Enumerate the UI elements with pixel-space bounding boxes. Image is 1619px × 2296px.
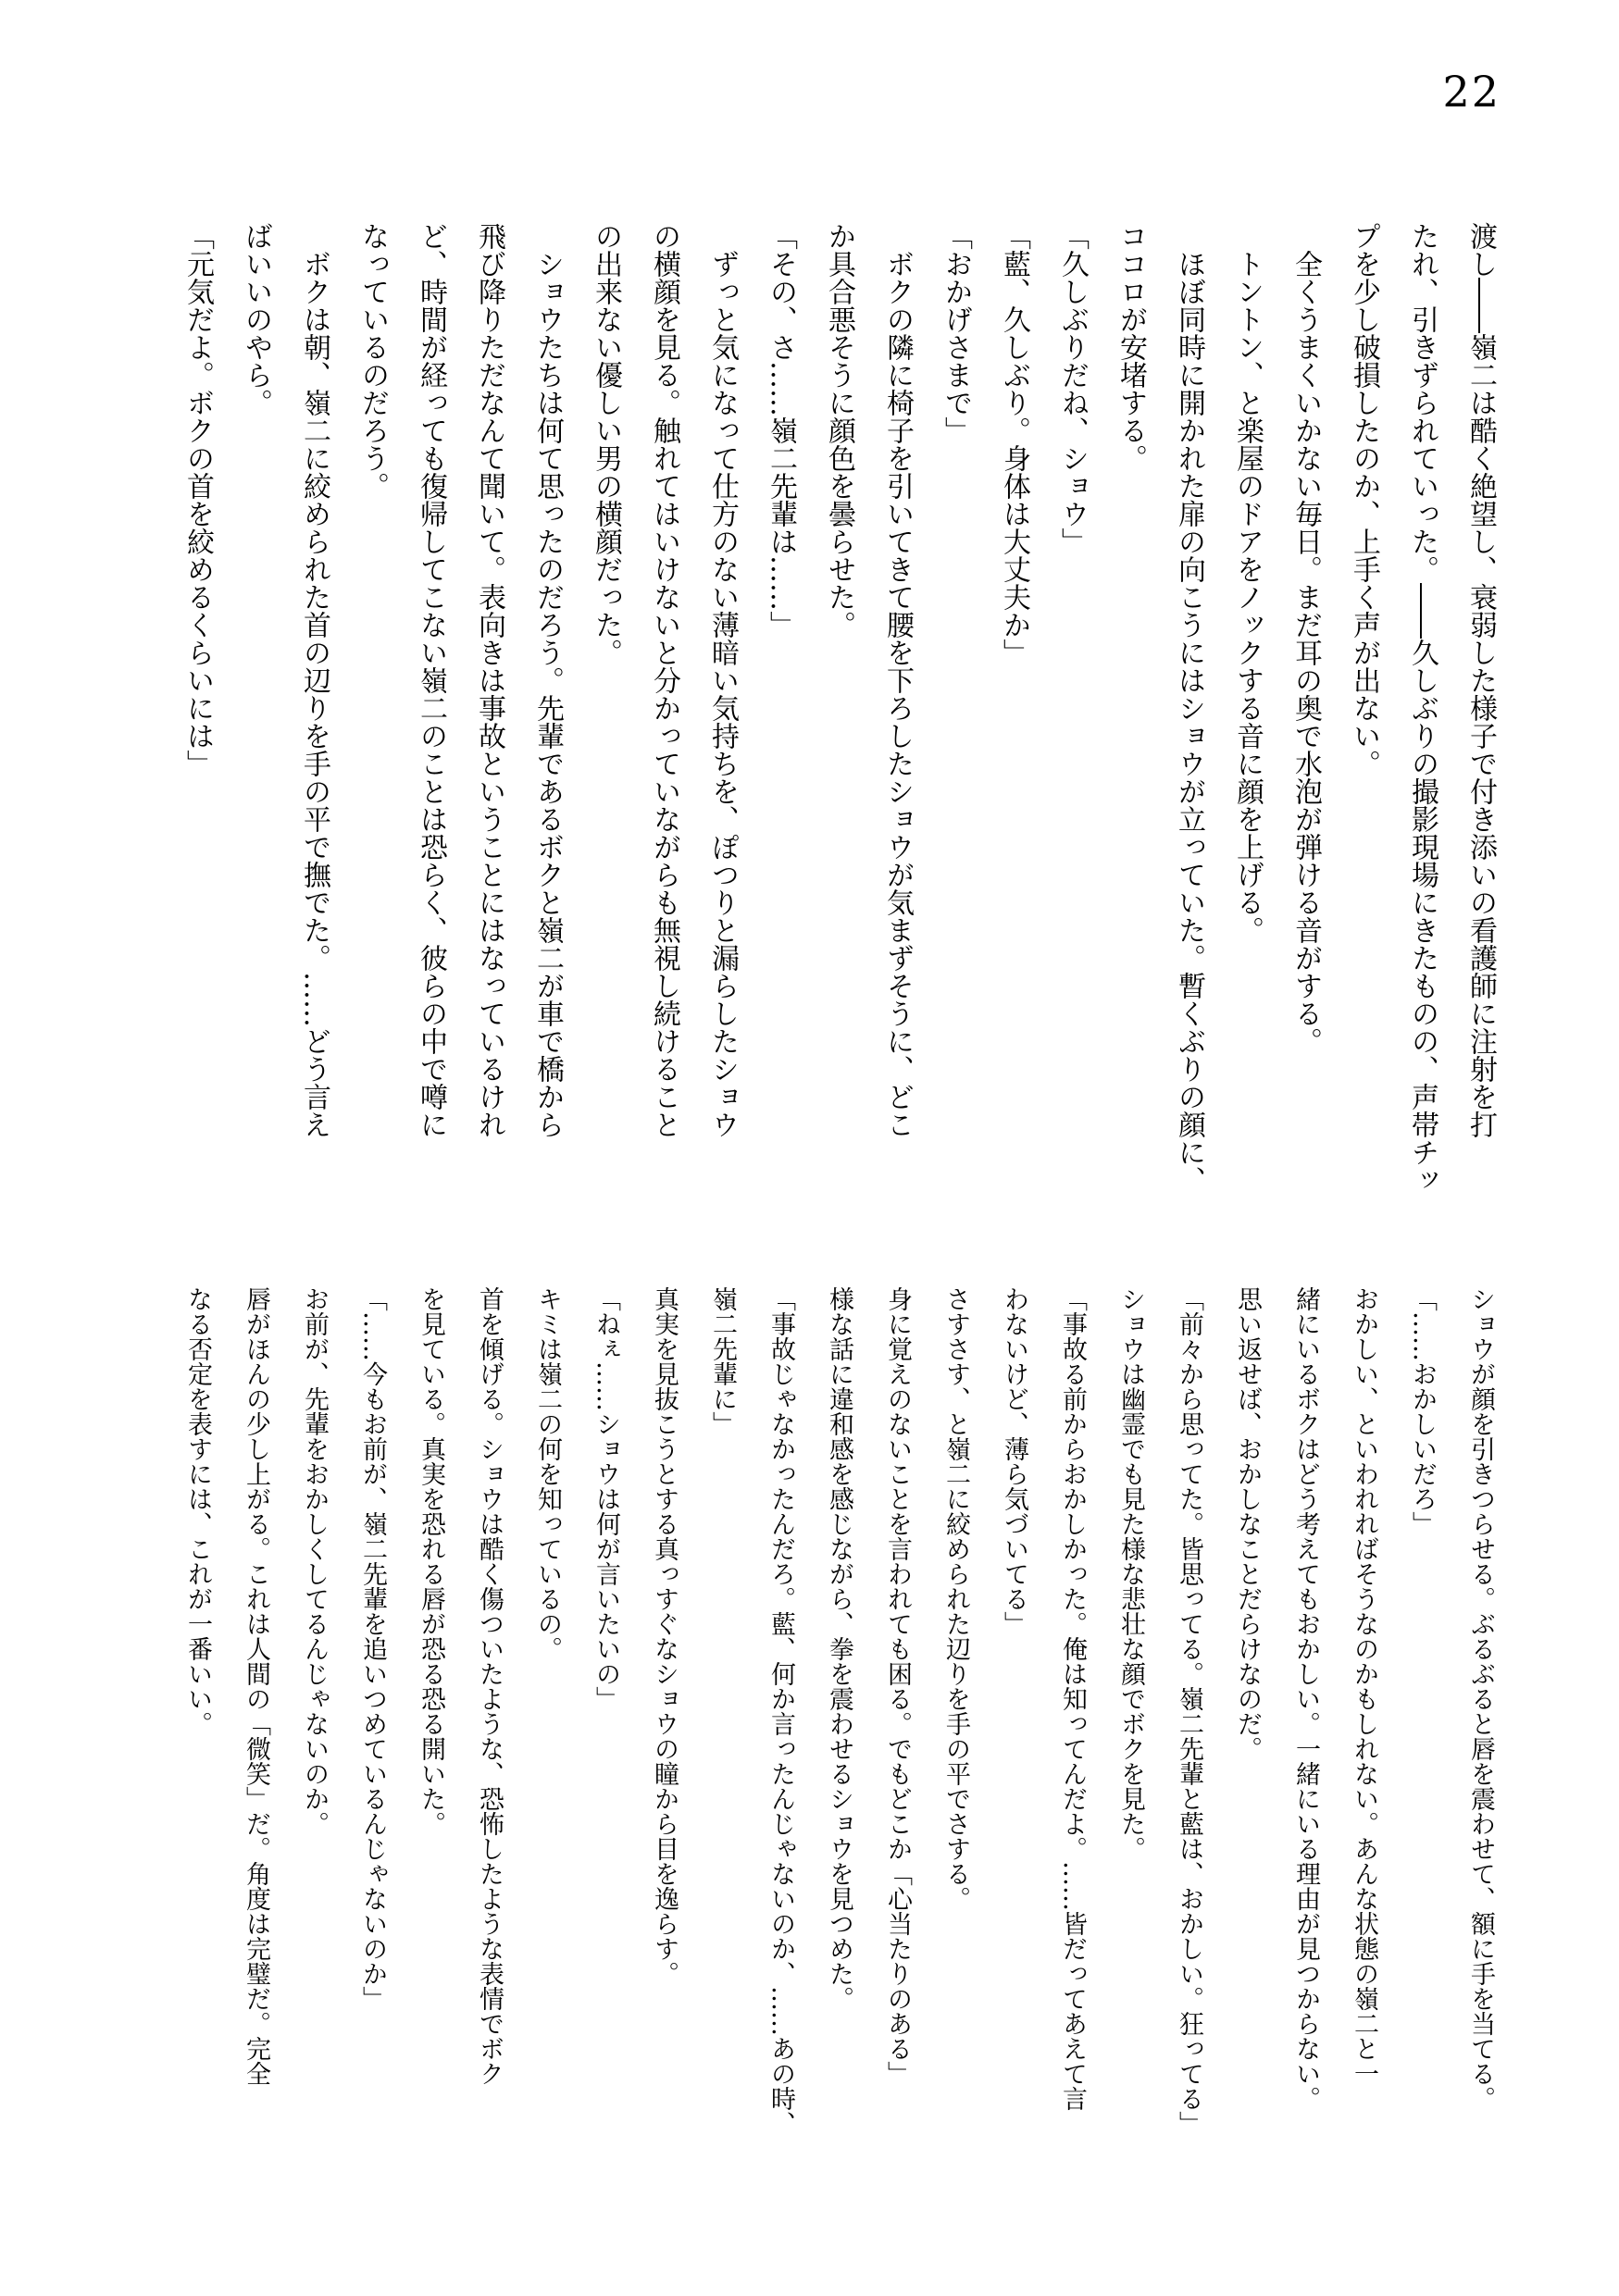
text-column: 「……おかしいだろ」 <box>1393 1286 1451 2141</box>
document-page: 22 渡し――嶺二は酷く絶望し、衰弱した様子で付き添いの看護師に注射を打たれ、引… <box>0 0 1619 2296</box>
text-column: ほぼ同時に開かれた扉の向こうにはショウが立っていた。暫くぶりの顔に、 <box>1160 222 1218 1201</box>
text-column: 「ねぇ……ショウは何が言いたいの」 <box>577 1286 635 2141</box>
text-column: ショウたちは何て思ったのだろう。先輩であるボクと嶺二が車で橋から <box>518 222 577 1201</box>
text-column: なる否定を表すには、これが一番いい。 <box>168 1286 227 2141</box>
text-column: プを少し破損したのか、上手く声が出ない。 <box>1335 222 1393 1201</box>
text-column: の横顔を見る。触れてはいけないと分かっていながらも無視し続けること <box>635 222 693 1201</box>
text-column: 首を傾げる。ショウは酷く傷ついたような、恐怖したような表情でボク <box>460 1286 518 2141</box>
text-column: 「元気だよ。ボクの首を絞めるくらいには」 <box>168 222 227 1201</box>
text-column: ばいいのやら。 <box>227 222 285 1201</box>
text-column: 緒にいるボクはどう考えてもおかしい。一緒にいる理由が見つからない。 <box>1277 1286 1335 2141</box>
text-column: お前が、先輩をおかしくしてるんじゃないのか。 <box>285 1286 343 2141</box>
text-column: 様な話に違和感を感じながら、拳を震わせるショウを見つめた。 <box>810 1286 868 2141</box>
text-column: 思い返せば、おかしなことだらけなのだ。 <box>1218 1286 1277 2141</box>
text-column: ココロが安堵する。 <box>1102 222 1160 1201</box>
text-column: か具合悪そうに顔色を曇らせた。 <box>810 222 868 1201</box>
text-column: 「事故る前からおかしかった。俺は知ってんだよ。……皆だってあえて言 <box>1043 1286 1102 2141</box>
text-block-bottom: ショウが顔を引きつらせる。ぶるぶると唇を震わせて、額に手を当てる。「……おかしい… <box>168 1286 1510 2141</box>
text-column: 身に覚えのないことを言われても困る。でもどこか「心当たりのある」 <box>868 1286 927 2141</box>
text-column: 「……今もお前が、嶺二先輩を追いつめているんじゃないのか」 <box>343 1286 402 2141</box>
text-column: 飛び降りただなんて聞いて。表向きは事故ということにはなっているけれ <box>460 222 518 1201</box>
text-column: を見ている。真実を恐れる唇が恐る恐る開いた。 <box>402 1286 460 2141</box>
text-column: キミは嶺二の何を知っているの。 <box>518 1286 577 2141</box>
text-column: 「おかげさまで」 <box>927 222 985 1201</box>
text-column: ボクは朝、嶺二に絞められた首の辺りを手の平で撫でた。……どう言え <box>285 222 343 1201</box>
text-column: わないけど、薄ら気づいてる」 <box>985 1286 1043 2141</box>
text-column: 「藍、久しぶり。身体は大丈夫か」 <box>985 222 1043 1201</box>
page-number: 22 <box>1442 70 1501 113</box>
text-column: たれ、引きずられていった。――久しぶりの撮影現場にきたものの、声帯チッ <box>1393 222 1451 1201</box>
text-column: 嶺二先輩に」 <box>693 1286 752 2141</box>
text-column: 「その、さ……嶺二先輩は……」 <box>752 222 810 1201</box>
text-column: 唇がほんの少し上がる。これは人間の「微笑」だ。角度は完璧だ。完全 <box>227 1286 285 2141</box>
text-column: ど、時間が経っても復帰してこない嶺二のことは恐らく、彼らの中で噂に <box>402 222 460 1201</box>
text-column: ボクの隣に椅子を引いてきて腰を下ろしたショウが気まずそうに、どこ <box>868 222 927 1201</box>
text-column: ずっと気になって仕方のない薄暗い気持ちを、ぽつりと漏らしたショウ <box>693 222 752 1201</box>
text-column: 全くうまくいかない毎日。まだ耳の奥で水泡が弾ける音がする。 <box>1277 222 1335 1201</box>
text-column: 渡し――嶺二は酷く絶望し、衰弱した様子で付き添いの看護師に注射を打 <box>1451 222 1510 1201</box>
text-column: さすさす、と嶺二に絞められた辺りを手の平でさする。 <box>927 1286 985 2141</box>
text-column: ショウは幽霊でも見た様な悲壮な顔でボクを見た。 <box>1102 1286 1160 2141</box>
text-column: 「前々から思ってた。皆思ってる。嶺二先輩と藍は、おかしい。狂ってる」 <box>1160 1286 1218 2141</box>
text-column: 「事故じゃなかったんだろ。藍、何か言ったんじゃないのか、……あの時、 <box>752 1286 810 2141</box>
text-column: 「久しぶりだね、ショウ」 <box>1043 222 1102 1201</box>
text-column: の出来ない優しい男の横顔だった。 <box>577 222 635 1201</box>
text-column: ショウが顔を引きつらせる。ぶるぶると唇を震わせて、額に手を当てる。 <box>1451 1286 1510 2141</box>
text-block-top: 渡し――嶺二は酷く絶望し、衰弱した様子で付き添いの看護師に注射を打たれ、引きずら… <box>168 222 1510 1201</box>
text-column: トントン、と楽屋のドアをノックする音に顔を上げる。 <box>1218 222 1277 1201</box>
text-column: おかしい、といわれればそうなのかもしれない。あんな状態の嶺二と一 <box>1335 1286 1393 2141</box>
text-column: 真実を見抜こうとする真っすぐなショウの瞳から目を逸らす。 <box>635 1286 693 2141</box>
text-column: なっているのだろう。 <box>343 222 402 1201</box>
